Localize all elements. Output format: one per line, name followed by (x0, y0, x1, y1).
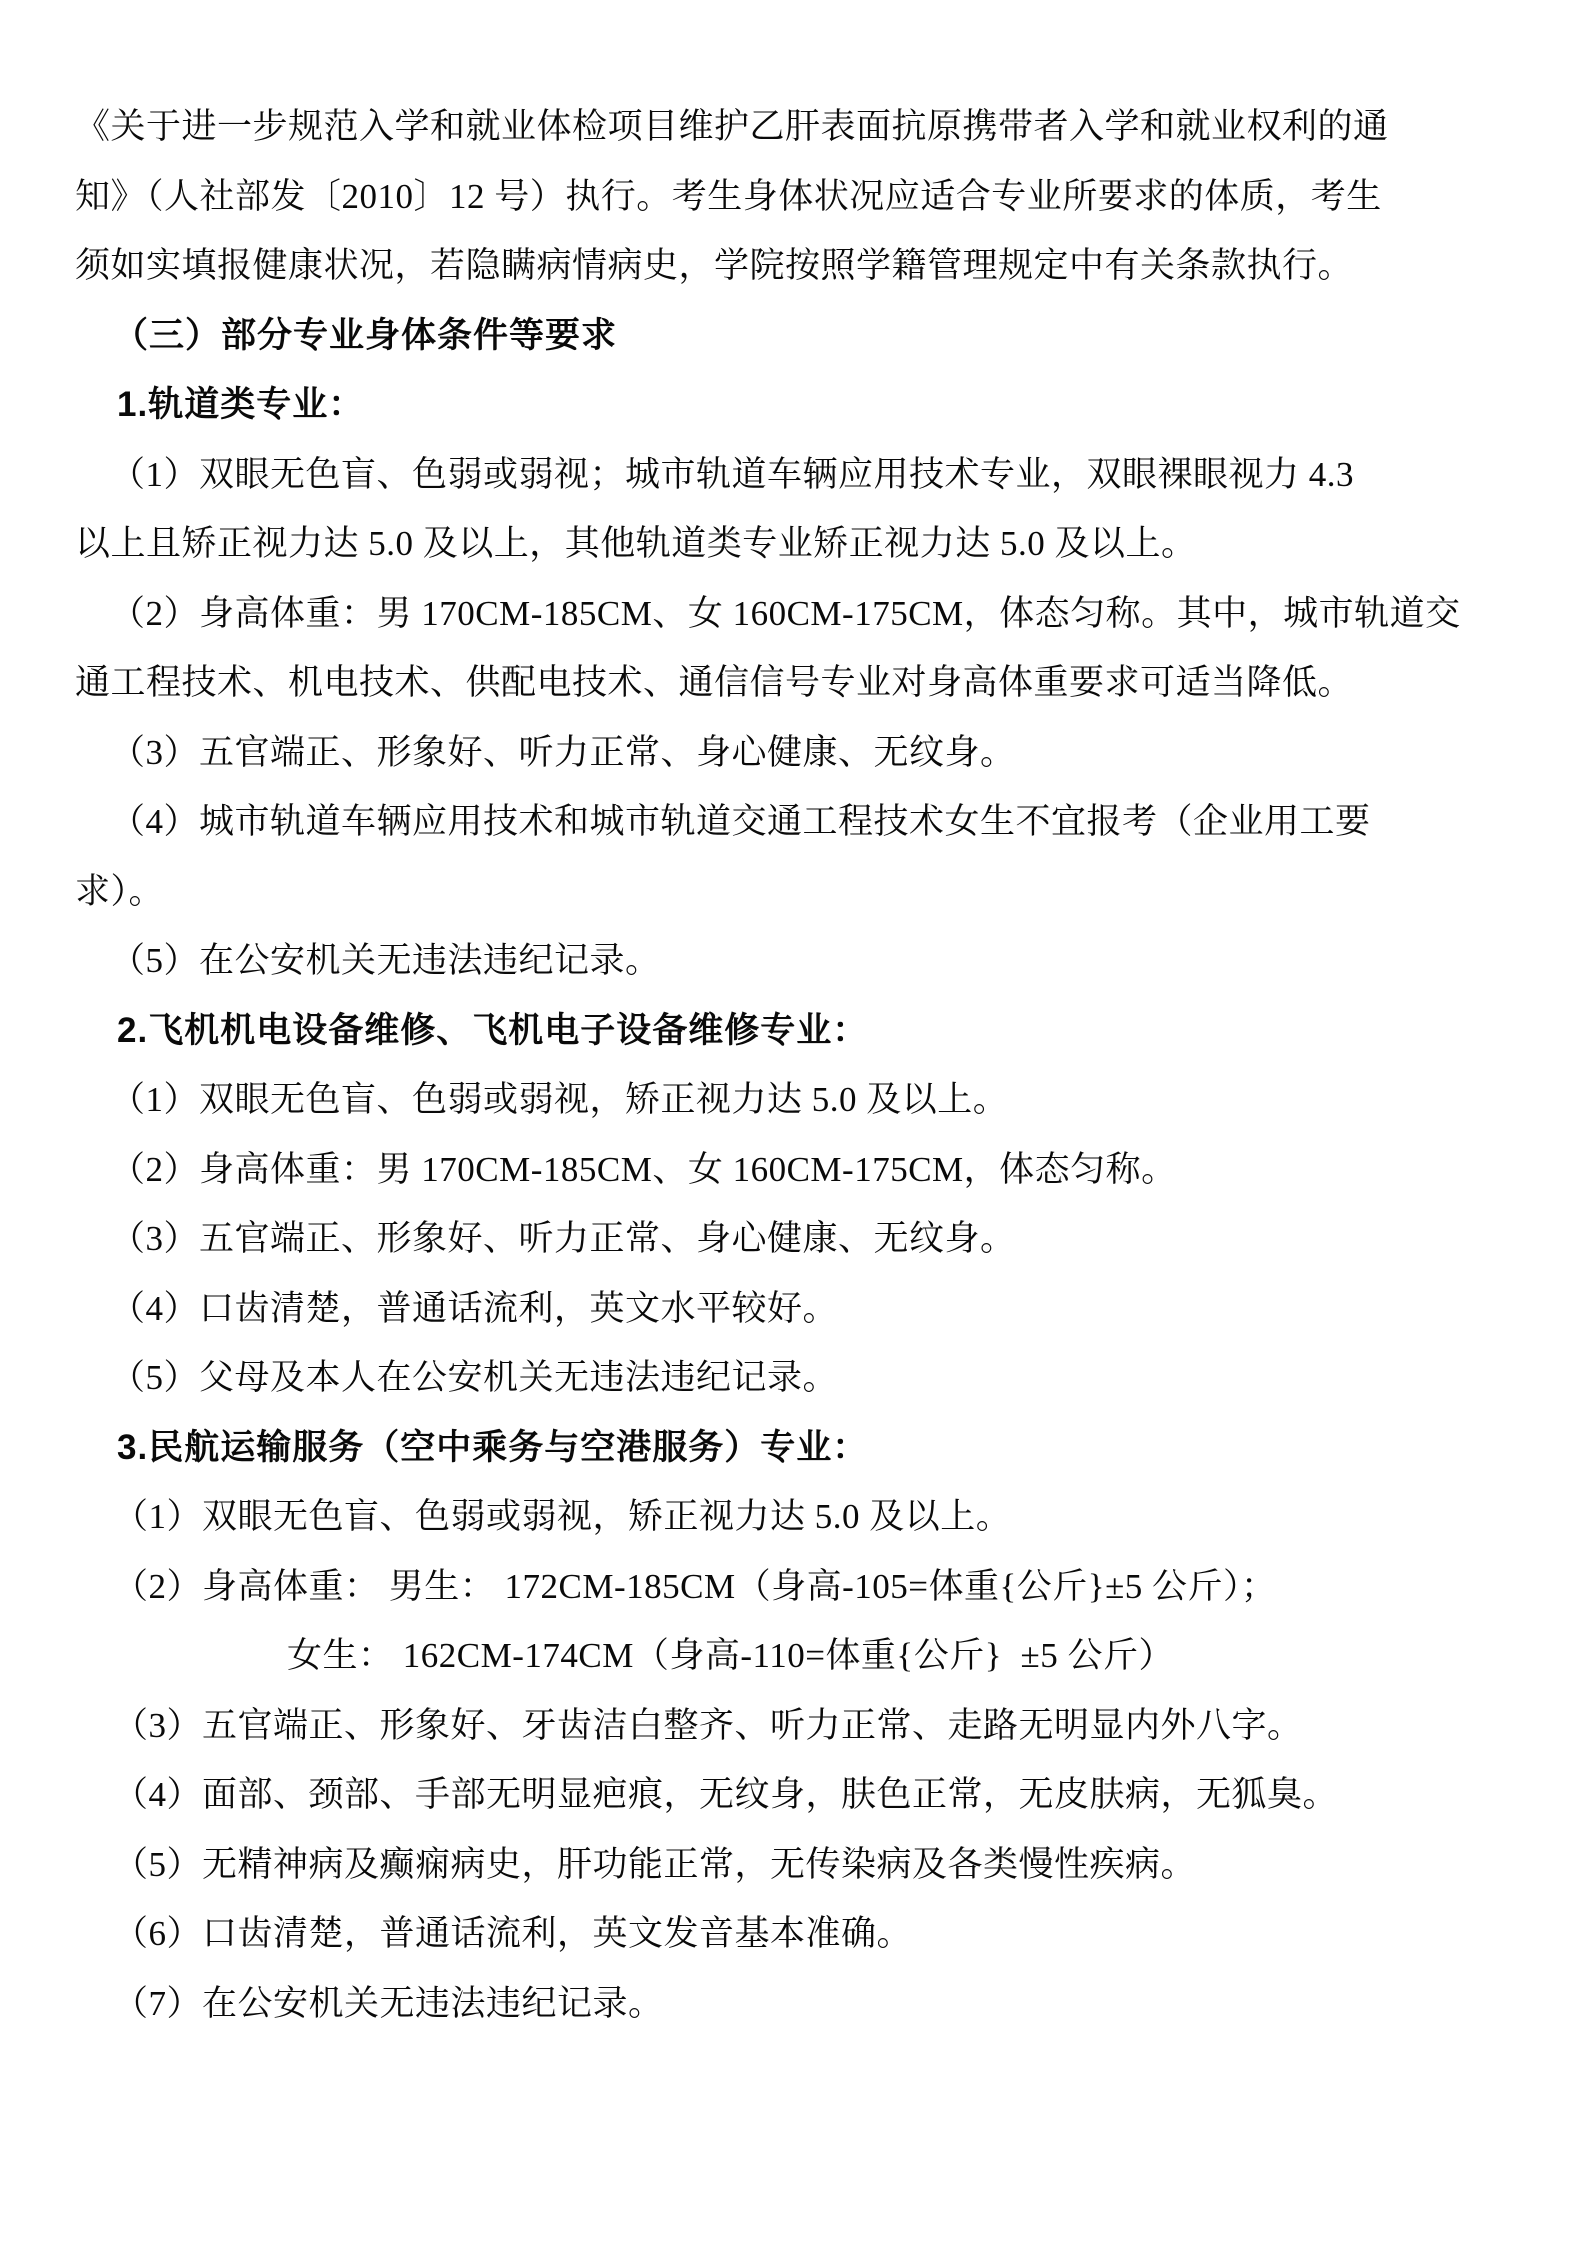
document-page: 《关于进一步规范入学和就业体检项目维护乙肝表面抗原携带者入学和就业权利的通知》（… (0, 0, 1587, 2245)
subsection-2-heading: 2.飞机机电设备维修、飞机电子设备维修专业： (75, 996, 1515, 1066)
item-3-2-line-1: （2）身高体重： 男生： 172CM-185CM（身高-105=体重{公斤}±5… (75, 1552, 1515, 1622)
item-3-7: （7）在公安机关无违法违纪记录。 (75, 1969, 1515, 2039)
intro-line-1: 《关于进一步规范入学和就业体检项目维护乙肝表面抗原携带者入学和就业权利的通 (75, 92, 1515, 162)
intro-line-3: 须如实填报健康状况，若隐瞒病情病史，学院按照学籍管理规定中有关条款执行。 (75, 231, 1515, 301)
item-1-1-line-2: 以上且矫正视力达 5.0 及以上，其他轨道类专业矫正视力达 5.0 及以上。 (75, 509, 1515, 579)
item-3-6: （6）口齿清楚，普通话流利，英文发音基本准确。 (75, 1899, 1515, 1969)
item-2-1: （1）双眼无色盲、色弱或弱视，矫正视力达 5.0 及以上。 (75, 1065, 1515, 1135)
item-3-5: （5）无精神病及癫痫病史，肝功能正常，无传染病及各类慢性疾病。 (75, 1830, 1515, 1900)
item-2-2: （2）身高体重：男 170CM-185CM、女 160CM-175CM，体态匀称… (75, 1135, 1515, 1205)
subsection-3-heading: 3.民航运输服务（空中乘务与空港服务）专业： (75, 1413, 1515, 1483)
item-2-3: （3）五官端正、形象好、听力正常、身心健康、无纹身。 (75, 1204, 1515, 1274)
item-3-2-line-2: 女生： 162CM-174CM（身高-110=体重{公斤} ±5 公斤） (75, 1621, 1515, 1691)
item-1-2-line-2: 通工程技术、机电技术、供配电技术、通信信号专业对身高体重要求可适当降低。 (75, 648, 1515, 718)
item-1-3: （3）五官端正、形象好、听力正常、身心健康、无纹身。 (75, 718, 1515, 788)
subsection-1-heading: 1.轨道类专业： (75, 370, 1515, 440)
item-1-2-line-1: （2）身高体重：男 170CM-185CM、女 160CM-175CM，体态匀称… (75, 579, 1515, 649)
item-3-1: （1）双眼无色盲、色弱或弱视，矫正视力达 5.0 及以上。 (75, 1482, 1515, 1552)
item-2-4: （4）口齿清楚，普通话流利，英文水平较好。 (75, 1274, 1515, 1344)
intro-line-2: 知》（人社部发〔2010〕12 号）执行。考生身体状况应适合专业所要求的体质，考… (75, 162, 1515, 232)
item-1-5: （5）在公安机关无违法违纪记录。 (75, 926, 1515, 996)
item-1-4-line-1: （4）城市轨道车辆应用技术和城市轨道交通工程技术女生不宜报考（企业用工要 (75, 787, 1515, 857)
item-1-4-line-2: 求）。 (75, 857, 1515, 927)
item-3-4: （4）面部、颈部、手部无明显疤痕，无纹身，肤色正常，无皮肤病，无狐臭。 (75, 1760, 1515, 1830)
item-3-3: （3）五官端正、形象好、牙齿洁白整齐、听力正常、走路无明显内外八字。 (75, 1691, 1515, 1761)
item-1-1-line-1: （1）双眼无色盲、色弱或弱视；城市轨道车辆应用技术专业，双眼裸眼视力 4.3 (75, 440, 1515, 510)
section-3-heading: （三）部分专业身体条件等要求 (75, 301, 1515, 371)
item-2-5: （5）父母及本人在公安机关无违法违纪记录。 (75, 1343, 1515, 1413)
